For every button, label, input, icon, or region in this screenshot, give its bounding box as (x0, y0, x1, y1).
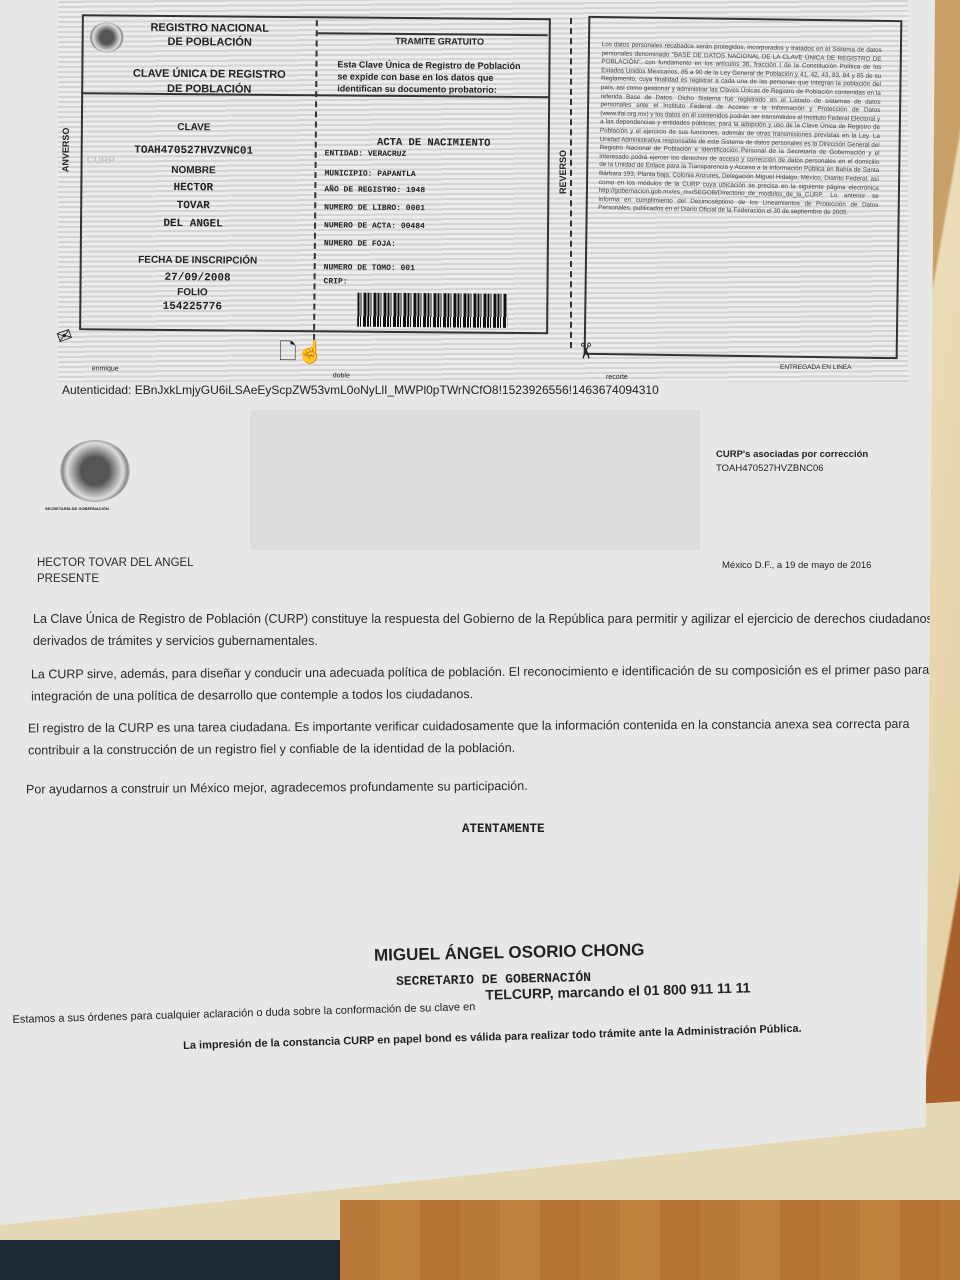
acta-field: AÑO DE REGISTRO: 1948 (324, 185, 425, 195)
clave-value: TOAH470527HVZVNC01 (99, 144, 289, 158)
acta-field: ENTIDAD: VERACRUZ (325, 149, 407, 159)
acta-title: ACTA DE NACIMIENTO (349, 137, 519, 150)
double-page-icon: 🗋☝ (279, 335, 324, 373)
authenticity-code: Autenticidad: EBnJxkLmjyGU6iLSAeEyScpZW5… (62, 383, 659, 397)
entregada-label: ENTREGADA EN LINEA (780, 364, 852, 371)
curp-card-front: REGISTRO NACIONAL DE POBLACIÓN CLAVE ÚNI… (57, 0, 570, 379)
folio-value: 154225776 (112, 300, 272, 313)
paragraph: El registro de la CURP es una tarea ciud… (28, 713, 948, 762)
dark-surface (0, 1240, 340, 1280)
clave-label: CLAVE (119, 122, 269, 134)
tramite-text: Esta Clave Única de Registro de Població… (337, 58, 527, 96)
curp-assoc-value: TOAH470527HVZBNC06 (716, 463, 824, 474)
acta-field: CRIP: (324, 277, 348, 286)
curp-document: REGISTRO NACIONAL DE POBLACIÓN CLAVE ÚNI… (0, 0, 935, 1225)
cut-label: recorte (606, 374, 628, 381)
recipient-block: HECTOR TOVAR DEL ANGEL PRESENTE (37, 555, 194, 587)
nombre-value: HECTOR (118, 182, 268, 195)
paragraph: La CURP sirve, además, para diseñar y co… (31, 659, 943, 708)
bleed-through (250, 410, 700, 550)
double-label: doble (333, 372, 350, 379)
acta-field: NUMERO DE LIBRO: 0001 (324, 203, 425, 213)
title-line: CLAVE ÚNICA DE REGISTRO (109, 66, 309, 83)
presente: PRESENTE (37, 571, 194, 587)
acta-field: NUMERO DE FOJA: (324, 239, 396, 249)
barcode (357, 293, 507, 328)
curp-assoc-title: CURP's asociadas por corrección (716, 449, 868, 460)
header-line: DE POBLACIÓN (130, 35, 290, 50)
reverso-label: REVERSO (558, 150, 568, 194)
curp-watermark: CURP (87, 155, 115, 166)
acta-field: NUMERO DE TOMO: 001 (324, 263, 415, 273)
fecha-label: FECHA DE INSCRIPCIÓN (113, 254, 283, 266)
nombre-label: NOMBRE (118, 165, 268, 177)
contact-text: Estamos a sus órdenes para cualquier acl… (12, 1001, 475, 1026)
cut-line (570, 18, 572, 348)
wooden-surface (340, 1200, 960, 1280)
fold-label: enmique (92, 365, 119, 372)
signer-name: MIGUEL ÁNGEL OSORIO CHONG (374, 940, 645, 966)
folio-label: FOLIO (117, 287, 267, 299)
mexico-coat-of-arms-icon (60, 440, 130, 502)
apellido-paterno: TOVAR (118, 200, 268, 213)
fold-icon: ✉ (54, 324, 75, 349)
acta-field: NUMERO DE ACTA: 00484 (324, 221, 425, 231)
privacy-notice: Los datos personales recabados serán pro… (598, 41, 882, 219)
closing: ATENTAMENTE (462, 822, 545, 836)
anverso-label: ANVERSO (60, 127, 70, 172)
scissors-icon: ✂ (572, 342, 598, 360)
acta-field: MUNICIPIO: PAPANTLA (324, 169, 415, 179)
recipient-name: HECTOR TOVAR DEL ANGEL (37, 555, 194, 571)
tramite-gratuito: TRAMITE GRATUITO (340, 35, 540, 47)
seal-caption: SECRETARÍA DE GOBERNACIÓN (45, 506, 109, 511)
fecha-value: 27/09/2008 (118, 272, 278, 285)
title-line: DE POBLACIÓN (109, 81, 309, 98)
letter-date: México D.F., a 19 de mayo de 2016 (722, 560, 871, 571)
registro-header: REGISTRO NACIONAL DE POBLACIÓN (130, 21, 290, 50)
paragraph: La Clave Única de Registro de Población … (33, 608, 938, 652)
apellido-materno: DEL ANGEL (118, 218, 268, 231)
header-line: REGISTRO NACIONAL (130, 21, 290, 36)
card-title: CLAVE ÚNICA DE REGISTRO DE POBLACIÓN (109, 66, 309, 98)
mexico-seal-icon (90, 22, 124, 52)
footer-note: La impresión de la constancia CURP en pa… (183, 1023, 802, 1052)
paragraph: Por ayudarnos a construir un México mejo… (26, 774, 726, 801)
